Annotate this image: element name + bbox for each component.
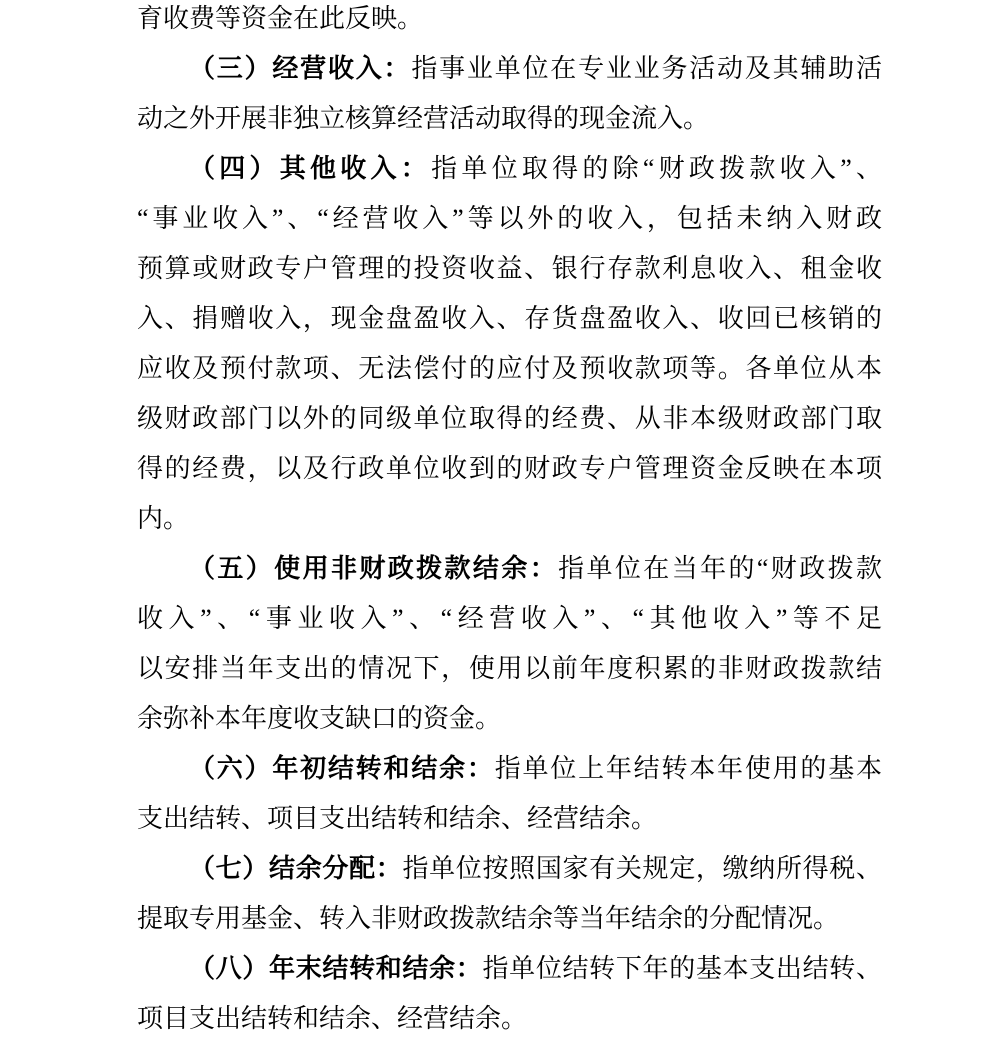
definition-term: （八）年末结转和结余：	[189, 954, 482, 983]
definition-term: （六）年初结转和结余：	[189, 754, 495, 783]
line-text: 支出结转、项目支出结转和结余、经营结余。	[137, 804, 657, 833]
text-line-paragraph-start: （七）结余分配：指单位按照国家有关规定，缴纳所得税、	[137, 844, 882, 894]
text-line: 余弥补本年度收支缺口的资金。	[137, 694, 882, 744]
line-text: 预算或财政专户管理的投资收益、银行存款利息收入、租金收	[137, 254, 882, 283]
line-text: 得的经费，以及行政单位收到的财政专户管理资金反映在本项	[137, 454, 882, 483]
text-line: 支出结转、项目支出结转和结余、经营结余。	[137, 794, 882, 844]
line-text: 动之外开展非独立核算经营活动取得的现金流入。	[137, 104, 709, 133]
line-text: 内。	[137, 504, 189, 533]
line-text: 余弥补本年度收支缺口的资金。	[137, 704, 501, 733]
text-line: 收入”、“事业收入”、“经营收入”、“其他收入”等不足	[137, 594, 882, 644]
text-line-paragraph-start: （五）使用非财政拨款结余：指单位在当年的“财政拨款	[137, 544, 882, 594]
text-line: 得的经费，以及行政单位收到的财政专户管理资金反映在本项	[137, 444, 882, 494]
text-line: 应收及预付款项、无法偿付的应付及预收款项等。各单位从本	[137, 344, 882, 394]
definition-term: （四）其他收入：	[189, 154, 431, 183]
text-line: 级财政部门以外的同级单位取得的经费、从非本级财政部门取	[137, 394, 882, 444]
text-line: 内。	[137, 494, 882, 544]
text-line: 动之外开展非独立核算经营活动取得的现金流入。	[137, 94, 882, 144]
line-text: 指单位结转下年的基本支出结转、	[482, 954, 882, 983]
line-text: 指单位按照国家有关规定，缴纳所得税、	[402, 854, 882, 883]
text-line: 提取专用基金、转入非财政拨款结余等当年结余的分配情况。	[137, 894, 882, 944]
document-page: 育收费等资金在此反映。 （三）经营收入：指事业单位在专业业务活动及其辅助活 动之…	[0, 0, 1000, 1041]
line-text: 提取专用基金、转入非财政拨款结余等当年结余的分配情况。	[137, 904, 839, 933]
text-line-paragraph-start: （八）年末结转和结余：指单位结转下年的基本支出结转、	[137, 944, 882, 994]
text-line-paragraph-start: （三）经营收入：指事业单位在专业业务活动及其辅助活	[137, 44, 882, 94]
text-line-paragraph-start: （四）其他收入：指单位取得的除“财政拨款收入”、	[137, 144, 882, 194]
text-line: 以安排当年支出的情况下，使用以前年度积累的非财政拨款结	[137, 644, 882, 694]
line-text: “事业收入”、“经营收入”等以外的收入，包括未纳入财政	[137, 204, 882, 233]
line-text: 育收费等资金在此反映。	[137, 4, 423, 33]
text-line: 育收费等资金在此反映。	[137, 0, 882, 44]
definition-term: （五）使用非财政拨款结余：	[189, 554, 558, 583]
definition-term: （七）结余分配：	[189, 854, 402, 883]
line-text: 指单位取得的除“财政拨款收入”、	[431, 154, 882, 183]
text-line-paragraph-start: （六）年初结转和结余：指单位上年结转本年使用的基本	[137, 744, 882, 794]
line-text: 级财政部门以外的同级单位取得的经费、从非本级财政部门取	[137, 404, 882, 433]
line-text: 指事业单位在专业业务活动及其辅助活	[411, 54, 882, 83]
text-line: 入、捐赠收入，现金盘盈收入、存货盘盈收入、收回已核销的	[137, 294, 882, 344]
text-line: “事业收入”、“经营收入”等以外的收入，包括未纳入财政	[137, 194, 882, 244]
line-text: 指单位上年结转本年使用的基本	[495, 754, 882, 783]
text-line: 预算或财政专户管理的投资收益、银行存款利息收入、租金收	[137, 244, 882, 294]
line-text: 项目支出结转和结余、经营结余。	[137, 1004, 527, 1033]
line-text: 收入”、“事业收入”、“经营收入”、“其他收入”等不足	[137, 604, 882, 633]
line-text: 以安排当年支出的情况下，使用以前年度积累的非财政拨款结	[137, 654, 882, 683]
definition-term: （三）经营收入：	[189, 54, 411, 83]
line-text: 指单位在当年的“财政拨款	[558, 554, 882, 583]
line-text: 入、捐赠收入，现金盘盈收入、存货盘盈收入、收回已核销的	[137, 304, 882, 333]
text-line: 项目支出结转和结余、经营结余。	[137, 994, 882, 1041]
line-text: 应收及预付款项、无法偿付的应付及预收款项等。各单位从本	[137, 354, 882, 383]
text-block: 育收费等资金在此反映。 （三）经营收入：指事业单位在专业业务活动及其辅助活 动之…	[137, 0, 882, 1041]
